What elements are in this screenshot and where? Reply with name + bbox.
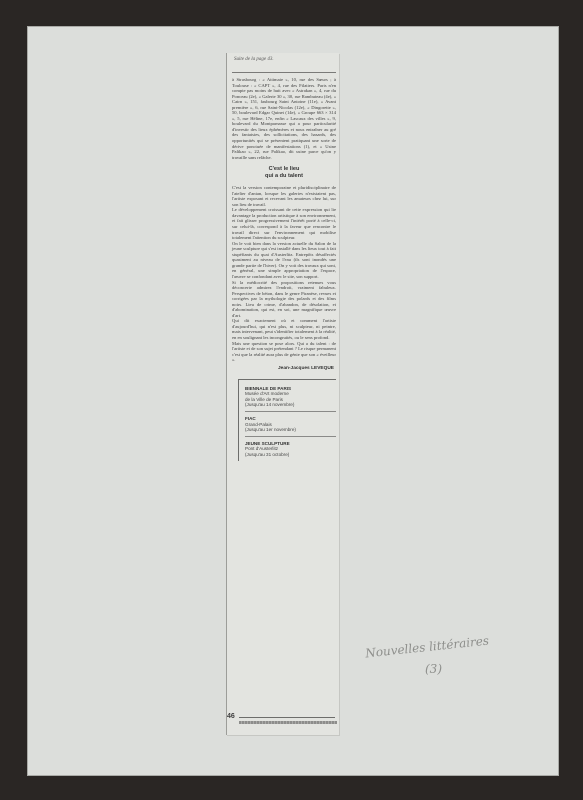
listing-line: (Jusqu'au 14 novembre) — [245, 402, 336, 408]
headline-line-1: C'est le lieu — [232, 166, 336, 173]
divider — [232, 72, 336, 73]
paragraph: C'est la version contemporaine et plurid… — [232, 185, 336, 207]
listing-item: JEUNE SCULPTUREPont d'Austerlitz(Jusqu'a… — [245, 441, 336, 461]
section-headline: C'est le lieu qui a du talent — [232, 166, 336, 180]
listing-line: (Jusqu'au 1er novembre) — [245, 427, 336, 433]
paragraph: On le voit bien dans la version actuelle… — [232, 241, 336, 280]
clipping-bottom-bar — [239, 721, 337, 724]
paragraph: Le développement croissant de cette expr… — [232, 207, 336, 240]
newspaper-clipping: Suite de la page 43. à Strasbourg : « At… — [226, 53, 339, 735]
handwritten-number: (3) — [425, 662, 442, 676]
continuation-kicker: Suite de la page 43. — [232, 57, 336, 62]
headline-line-2: qui a du talent — [232, 173, 336, 180]
clipping-content: Suite de la page 43. à Strasbourg : « At… — [232, 57, 336, 465]
listing-line: (Jusqu'au 31 octobre) — [245, 452, 336, 458]
intro-text: à Strasbourg : « Attimaie », 10, rue des… — [232, 77, 336, 160]
paragraph: à Strasbourg : « Attimaie », 10, rue des… — [232, 77, 336, 160]
archive-card: Suite de la page 43. à Strasbourg : « At… — [28, 27, 558, 775]
exhibition-listings: BIENNALE DE PARISMusée d'Art modernede l… — [238, 379, 336, 461]
article-body: C'est la version contemporaine et plurid… — [232, 185, 336, 363]
box-bottom-rule — [239, 717, 335, 718]
author-signature: Jean-Jacques LEVEQUE — [232, 366, 334, 371]
page-number: 46 — [227, 713, 235, 720]
paragraph: Qui dit exactement où et comment l'artis… — [232, 318, 336, 340]
listing-item: FIACGrand-Palais(Jusqu'au 1er novembre) — [245, 416, 336, 437]
paragraph: Mais une question se pose alors. Qui a d… — [232, 341, 336, 363]
paragraph: Si la médiocrité des propositions retenu… — [232, 280, 336, 319]
listing-item: BIENNALE DE PARISMusée d'Art modernede l… — [245, 386, 336, 412]
